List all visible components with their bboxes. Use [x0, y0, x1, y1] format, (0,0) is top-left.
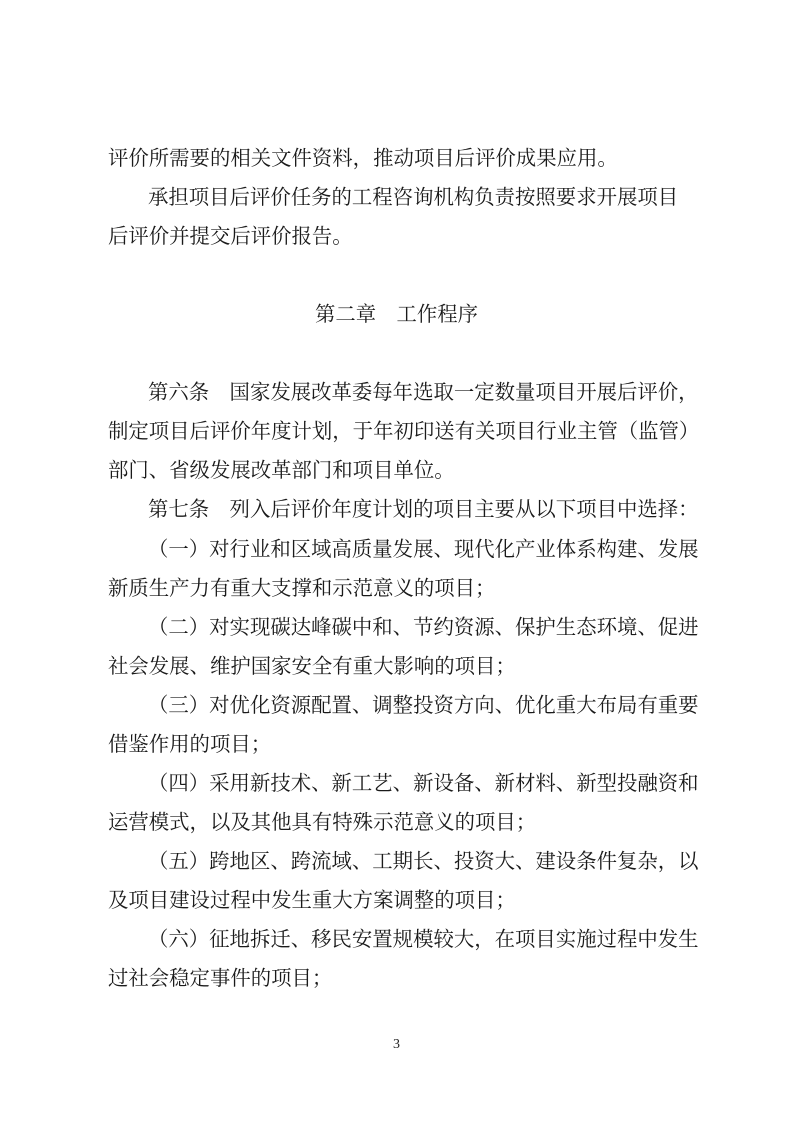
article-7-item-5-cont: 及项目建设过程中发生重大方案调整的项目； [108, 888, 688, 912]
article-7-item-1: （一）对行业和区域高质量发展、现代化产业体系构建、发展 [148, 537, 688, 561]
chapter-heading: 第二章 工作程序 [0, 302, 793, 326]
page-number: 3 [0, 1037, 793, 1053]
article-7-item-5: （五）跨地区、跨流域、工期长、投资大、建设条件复杂，以 [148, 849, 688, 873]
paragraph-line: 承担项目后评价任务的工程咨询机构负责按照要求开展项目 [148, 185, 688, 209]
article-7-line: 第七条 列入后评价年度计划的项目主要从以下项目中选择： [148, 497, 688, 521]
article-7-item-6-cont: 过社会稳定事件的项目； [108, 966, 688, 990]
article-7-item-4-cont: 运营模式，以及其他具有特殊示范意义的项目； [108, 810, 688, 834]
article-7-item-2: （二）对实现碳达峰碳中和、节约资源、保护生态环境、促进 [148, 615, 688, 639]
article-7-item-1-cont: 新质生产力有重大支撑和示范意义的项目； [108, 576, 688, 600]
paragraph-line: 后评价并提交后评价报告。 [108, 224, 688, 248]
article-6-line: 部门、省级发展改革部门和项目单位。 [108, 458, 688, 482]
article-6-line: 制定项目后评价年度计划，于年初印送有关项目行业主管（监管） [108, 419, 688, 443]
article-7-item-3-cont: 借鉴作用的项目； [108, 732, 688, 756]
article-7-item-6: （六）征地拆迁、移民安置规模较大，在项目实施过程中发生 [148, 927, 688, 951]
article-7-item-3: （三）对优化资源配置、调整投资方向、优化重大布局有重要 [148, 693, 688, 717]
article-7-item-4: （四）采用新技术、新工艺、新设备、新材料、新型投融资和 [148, 771, 688, 795]
document-page: 评价所需要的相关文件资料，推动项目后评价成果应用。 承担项目后评价任务的工程咨询… [0, 0, 793, 1122]
article-6-line: 第六条 国家发展改革委每年选取一定数量项目开展后评价， [148, 380, 688, 404]
paragraph-line: 评价所需要的相关文件资料，推动项目后评价成果应用。 [108, 146, 688, 170]
article-7-item-2-cont: 社会发展、维护国家安全有重大影响的项目； [108, 654, 688, 678]
